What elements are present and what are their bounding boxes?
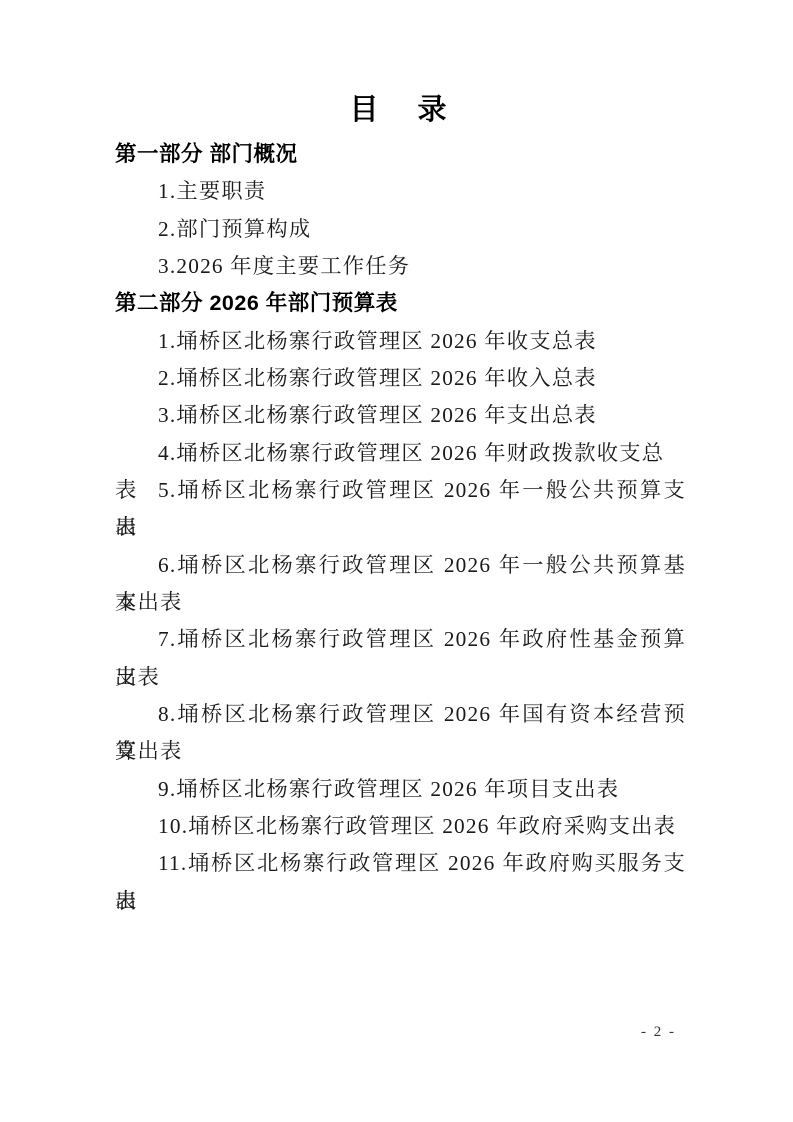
toc-entry-continuation: 支出表 bbox=[115, 733, 686, 770]
toc-section-budget-tables: 第二部分 2026 年部门预算表 1.埇桥区北杨寨行政管理区 2026 年收支总… bbox=[115, 285, 686, 920]
document-page: 目 录 第一部分 部门概况 1.主要职责 2.部门预算构成 3.2026 年度主… bbox=[0, 0, 793, 1122]
toc-entry-continuation: 表 bbox=[115, 509, 686, 546]
toc-entry-continuation: 支出表 bbox=[115, 584, 686, 621]
toc-section-overview: 第一部分 部门概况 1.主要职责 2.部门预算构成 3.2026 年度主要工作任… bbox=[115, 136, 686, 285]
page-number: - 2 - bbox=[641, 1022, 676, 1042]
section-heading: 第二部分 2026 年部门预算表 bbox=[115, 285, 686, 322]
toc-entry-continuation: 出表 bbox=[115, 659, 686, 696]
toc-entry: 2.部门预算构成 bbox=[115, 211, 686, 248]
toc-entry: 3.2026 年度主要工作任务 bbox=[115, 248, 686, 285]
toc-entry-continuation: 表 bbox=[115, 883, 686, 920]
toc-entry: 5.埇桥区北杨寨行政管理区 2026 年一般公共预算支出 bbox=[115, 472, 686, 509]
toc-entry: 2.埇桥区北杨寨行政管理区 2026 年收入总表 bbox=[115, 360, 686, 397]
toc-content: 目 录 第一部分 部门概况 1.主要职责 2.部门预算构成 3.2026 年度主… bbox=[115, 88, 686, 920]
toc-entry: 8.埇桥区北杨寨行政管理区 2026 年国有资本经营预算 bbox=[115, 696, 686, 733]
toc-entry: 11.埇桥区北杨寨行政管理区 2026 年政府购买服务支出 bbox=[115, 845, 686, 882]
toc-entry: 6.埇桥区北杨寨行政管理区 2026 年一般公共预算基本 bbox=[115, 547, 686, 584]
toc-entry: 4.埇桥区北杨寨行政管理区 2026 年财政拨款收支总表 bbox=[115, 435, 686, 472]
toc-entry: 9.埇桥区北杨寨行政管理区 2026 年项目支出表 bbox=[115, 771, 686, 808]
toc-entry: 3.埇桥区北杨寨行政管理区 2026 年支出总表 bbox=[115, 397, 686, 434]
section-heading: 第一部分 部门概况 bbox=[115, 136, 686, 173]
toc-entry: 10.埇桥区北杨寨行政管理区 2026 年政府采购支出表 bbox=[115, 808, 686, 845]
toc-entry: 7.埇桥区北杨寨行政管理区 2026 年政府性基金预算支 bbox=[115, 621, 686, 658]
toc-entry: 1.主要职责 bbox=[115, 173, 686, 210]
toc-entry: 1.埇桥区北杨寨行政管理区 2026 年收支总表 bbox=[115, 323, 686, 360]
doc-title: 目 录 bbox=[115, 88, 686, 136]
